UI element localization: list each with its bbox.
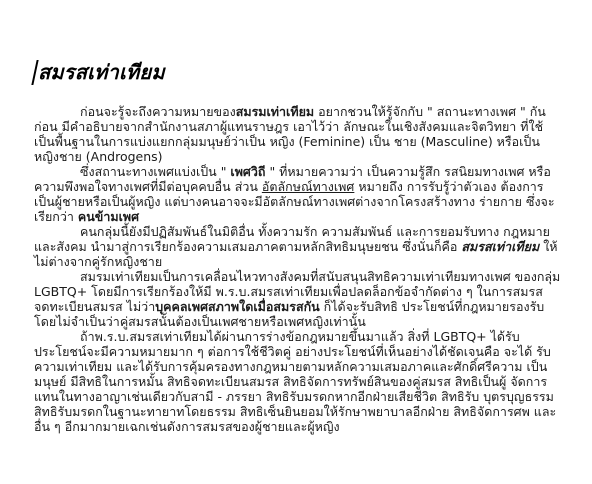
paragraph: ก่อนจะรู้จะถึงความหมายของสมรมเท่าเทียม อ… xyxy=(34,104,562,164)
document-body[interactable]: ก่อนจะรู้จะถึงความหมายของสมรมเท่าเทียม อ… xyxy=(34,104,562,434)
text-segment: ถ้าพ.ร.บ.สมรสเท่าเทียมได้ผ่านการร่างข้อก… xyxy=(34,329,556,434)
page-title-text: สมรสเท่าเทียม xyxy=(38,56,165,88)
paragraph: ถ้าพ.ร.บ.สมรสเท่าเทียมได้ผ่านการร่างข้อก… xyxy=(34,329,562,434)
text-segment: เพศวิถี xyxy=(230,164,265,179)
text-segment: บุคคลเพศสภาพใดเมื่อสมรสกัน xyxy=(155,299,319,314)
paragraph: สมรมเท่าเทียมเป็นการเคลื่อนไหวทางสังคมที… xyxy=(34,269,562,329)
text-segment: อัตลักษณ์ทางเพศ xyxy=(262,179,355,194)
page-title: สมรสเท่าเทียม xyxy=(34,56,562,88)
text-segment: ก่อนจะรู้จะถึงความหมายของ xyxy=(80,104,236,119)
text-segment: สมรมเท่าเทียม xyxy=(236,104,314,119)
document-page: สมรสเท่าเทียม ก่อนจะรู้จะถึงความหมายของส… xyxy=(0,0,592,484)
text-segment: คนข้ามเพศ xyxy=(78,209,139,224)
text-segment: สมรสเท่าเทียม xyxy=(461,239,539,254)
text-segment: ซึ่งสถานะทางเพศแบ่งเป็น " xyxy=(80,164,230,179)
paragraph: คนกลุ่มนี้ยังมีปฏิสัมพันธ์ในมิติอื่น ทั้… xyxy=(34,224,562,269)
paragraph: ซึ่งสถานะทางเพศแบ่งเป็น " เพศวิถี " ที่ห… xyxy=(34,164,562,224)
